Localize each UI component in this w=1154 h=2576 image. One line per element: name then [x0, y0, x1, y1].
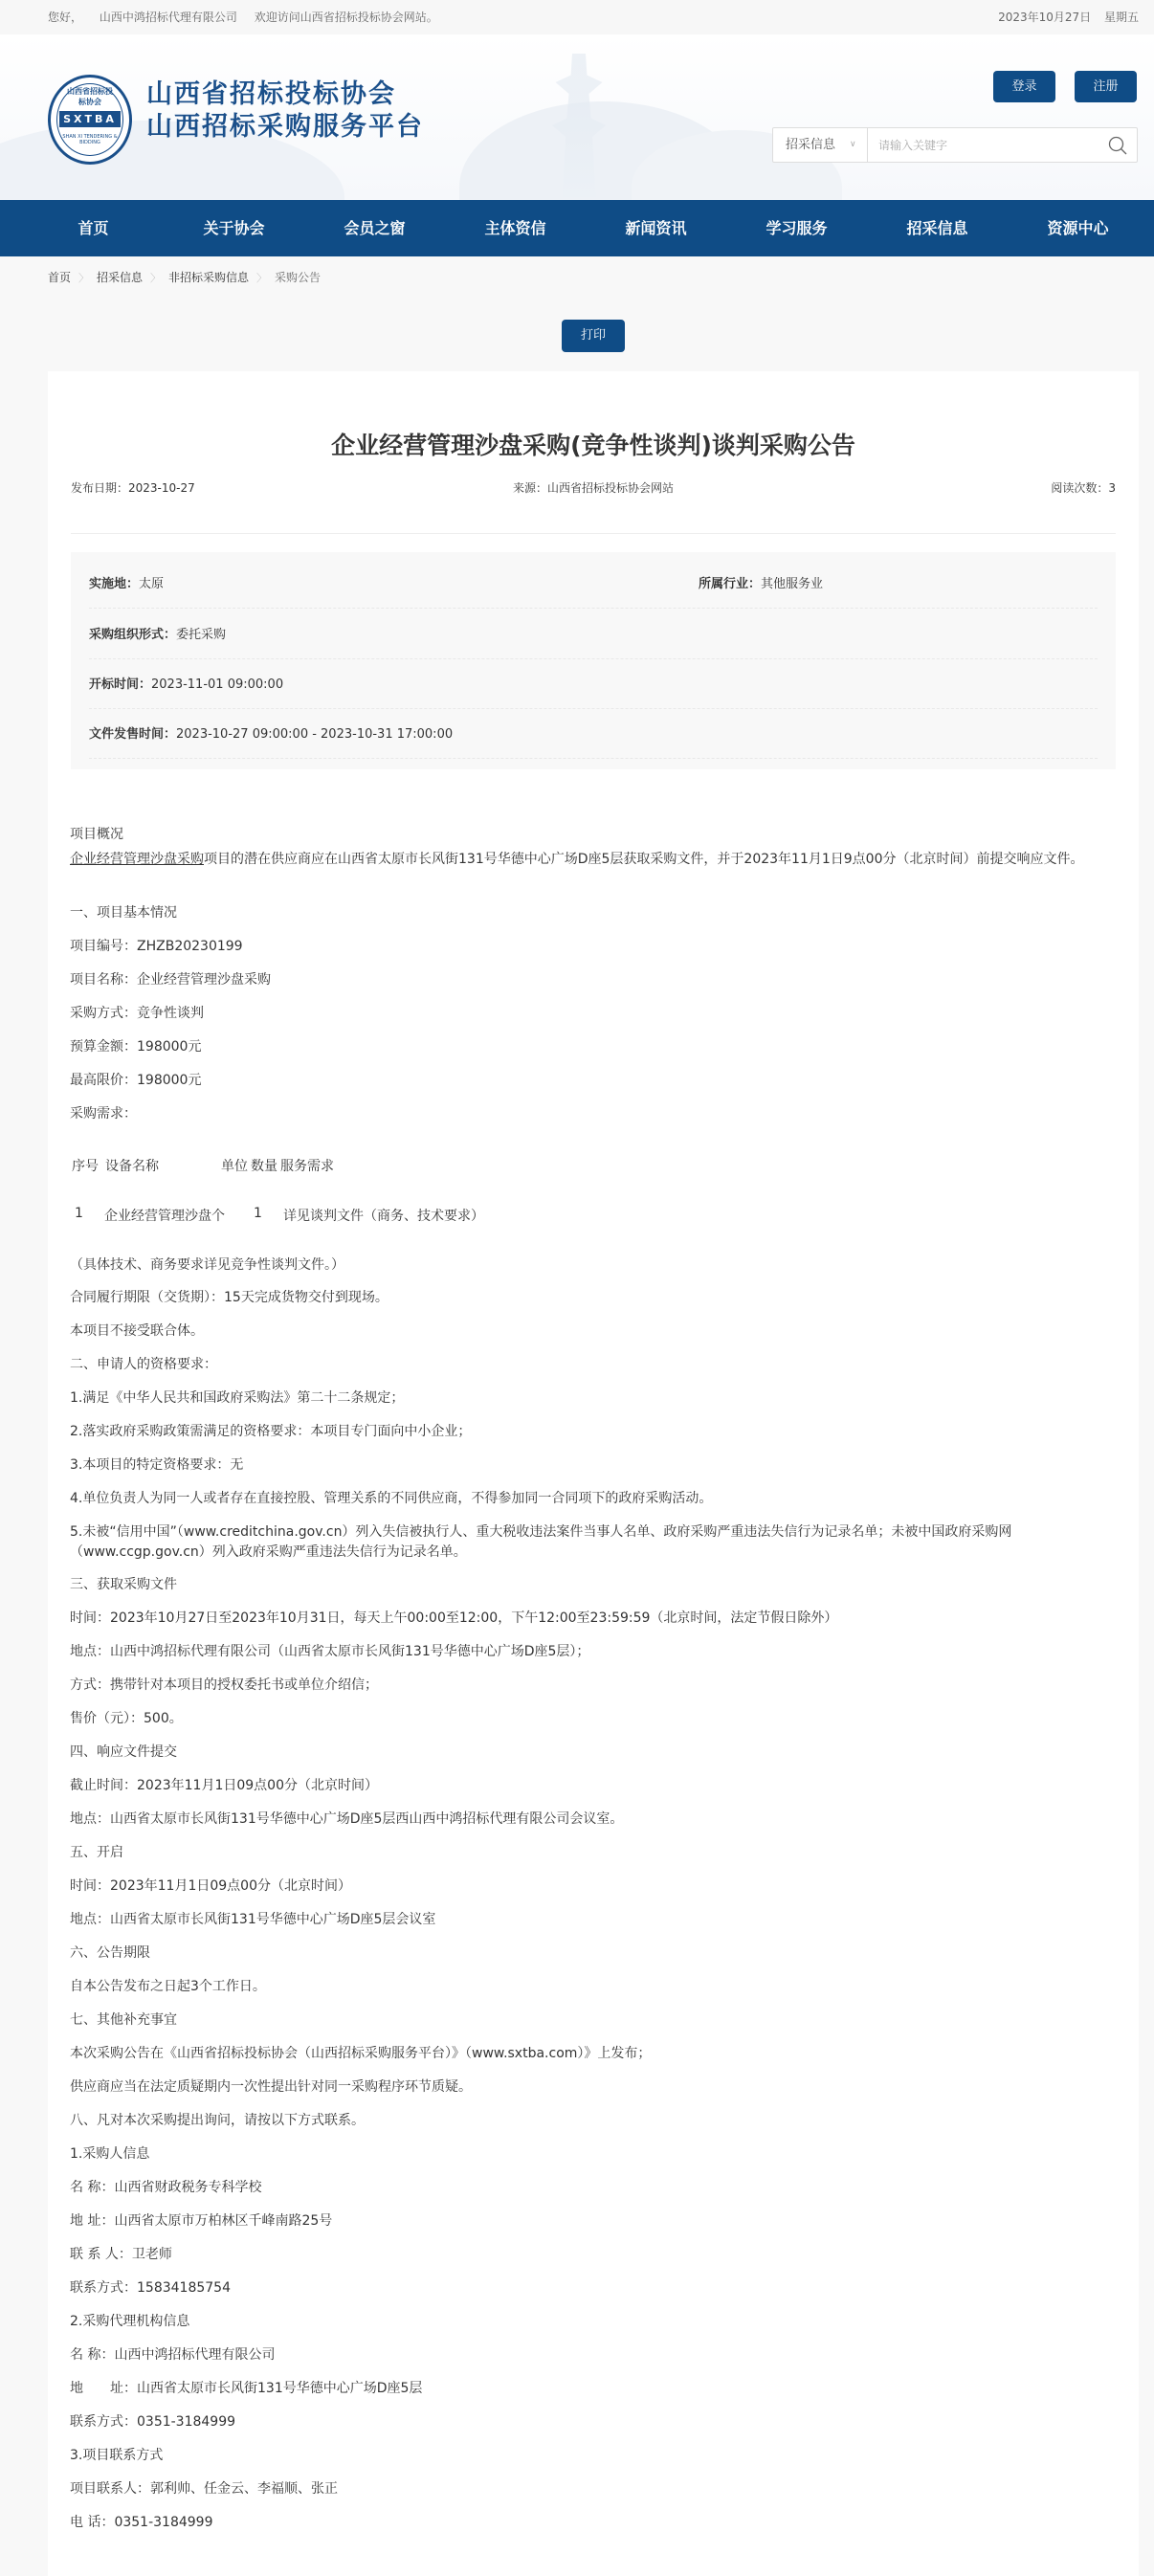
- org-form-value: 委托采购: [176, 628, 226, 642]
- org-form-label: 采购组织形式：: [89, 628, 176, 642]
- table-header-qty: 数量: [251, 1156, 277, 1175]
- section-8-heading: 八、凡对本次采购提出询问，请按以下方式联系。: [70, 2111, 1117, 2131]
- top-bar: 您好， 山西中鸿招标代理有限公司 欢迎访问山西省招标投标协会网站。 2023年1…: [0, 0, 1154, 34]
- publish-note: 本次采购公告在《山西省招标投标协会（山西招标采购服务平台）》（www.sxtba…: [70, 2044, 1117, 2064]
- qualification-2: 2.落实政府采购政策需满足的资格要求：本项目专门面向中小企业；: [70, 1422, 1117, 1442]
- article-source: 来源：山西省招标投标协会网站: [48, 479, 1139, 496]
- article-card: 企业经营管理沙盘采购(竞争性谈判)谈判采购公告 发布日期：2023-10-27 …: [48, 371, 1139, 2576]
- sale-time-value: 2023-10-27 09:00:00 - 2023-10-31 17:00:0…: [176, 727, 453, 742]
- obtain-place: 地点：山西中鸿招标代理有限公司（山西省太原市长风街131号华德中心广场D座5层）…: [70, 1642, 1117, 1662]
- brand-title: 山西省招标投标协会 山西招标采购服务平台: [146, 78, 424, 144]
- chevron-down-icon: ∨: [850, 128, 856, 162]
- date-text: 2023年10月27日: [998, 11, 1091, 24]
- buyer-heading: 1.采购人信息: [70, 2144, 1117, 2165]
- table-cell-unit: 个: [211, 1206, 225, 1225]
- nav-item-learning[interactable]: 学习服务: [726, 200, 867, 256]
- welcome-text: 欢迎访问山西省招标投标协会网站。: [255, 11, 438, 24]
- divider: [71, 533, 1116, 534]
- logo-ring-english: SHAN XI TENDERING & BIDDING: [61, 134, 119, 145]
- search-category-label: 招采信息: [786, 138, 835, 152]
- sale-time-label: 文件发售时间：: [89, 727, 176, 742]
- agent-heading: 2.采购代理机构信息: [70, 2312, 1117, 2332]
- spec-note: （具体技术、商务要求详见竞争性谈判文件。）: [70, 1255, 1117, 1276]
- search-icon[interactable]: [1108, 136, 1127, 155]
- project-name: 项目名称：企业经营管理沙盘采购: [70, 970, 1117, 990]
- project-link[interactable]: 企业经营管理沙盘采购: [70, 852, 204, 867]
- industry-value: 其他服务业: [761, 577, 823, 591]
- overview-paragraph: 企业经营管理沙盘采购项目的潜在供应商应在山西省太原市长风街131号华德中心广场D…: [70, 850, 1117, 870]
- breadcrumb: 首页〉招采信息〉非招标采购信息〉采购公告: [48, 269, 321, 285]
- industry-field: 所属行业：其他服务业: [699, 573, 823, 591]
- table-header-name: 设备名称: [105, 1156, 159, 1175]
- location-value: 太原: [139, 577, 164, 591]
- max-price: 最高限价：198000元: [70, 1071, 1117, 1091]
- nav-item-resources[interactable]: 资源中心: [1008, 200, 1148, 256]
- qualification-3: 3.本项目的特定资格要求：无: [70, 1455, 1117, 1476]
- qualification-1: 1.满足《中华人民共和国政府采购法》第二十二条规定；: [70, 1388, 1117, 1409]
- nav-item-home[interactable]: 首页: [23, 200, 164, 256]
- project-phone: 电 话：0351-3184999: [70, 2513, 1117, 2533]
- breadcrumb-current: 采购公告: [275, 271, 321, 284]
- table-header-seq: 序号: [72, 1156, 99, 1175]
- agent-address: 地 址：山西省太原市长风街131号华德中心广场D座5层: [70, 2379, 1117, 2399]
- demand-label: 采购需求：: [70, 1104, 1117, 1124]
- buyer-phone: 联系方式：15834185754: [70, 2278, 1117, 2298]
- section-5-heading: 五、开启: [70, 1843, 1117, 1863]
- open-time-field: 开标时间：2023-11-01 09:00:00: [89, 674, 283, 692]
- section-3-heading: 三、获取采购文件: [70, 1575, 1117, 1595]
- breadcrumb-home[interactable]: 首页: [48, 271, 71, 284]
- overview-heading: 项目概况: [70, 825, 1117, 845]
- open-time-value: 2023-11-01 09:00:00: [151, 677, 283, 692]
- chevron-right-icon: 〉: [256, 272, 267, 284]
- nav-item-news[interactable]: 新闻资讯: [586, 200, 726, 256]
- buyer-address: 地 址：山西省太原市万柏林区千峰南路25号: [70, 2211, 1117, 2232]
- no-consortium: 本项目不接受联合体。: [70, 1321, 1117, 1342]
- nav-item-procurement[interactable]: 招采信息: [867, 200, 1008, 256]
- notice-period: 自本公告发布之日起3个工作日。: [70, 1977, 1117, 1997]
- section-1-heading: 一、项目基本情况: [70, 903, 1117, 923]
- location-label: 实施地：: [89, 577, 139, 591]
- buyer-contact: 联 系 人：卫老师: [70, 2245, 1117, 2265]
- org-form-field: 采购组织形式：委托采购: [89, 624, 226, 642]
- site-logo[interactable]: 山西省招标投标协会 SXTBA SHAN XI TENDERING & BIDD…: [48, 75, 132, 165]
- overview-text: 项目的潜在供应商应在山西省太原市长风街131号华德中心广场D座5层获取采购文件，…: [204, 852, 1083, 867]
- nav-item-members[interactable]: 会员之窗: [304, 200, 445, 256]
- breadcrumb-procurement-info[interactable]: 招采信息: [97, 271, 143, 284]
- info-row: 实施地：太原 所属行业：其他服务业: [89, 559, 1098, 609]
- current-date: 2023年10月27日 星期五: [988, 9, 1139, 25]
- table-cell-qty: 1: [254, 1206, 262, 1221]
- info-row: 采购组织形式：委托采购: [89, 610, 1098, 659]
- location-field: 实施地：太原: [89, 573, 164, 591]
- submit-deadline: 截止时间：2023年11月1日09点00分（北京时间）: [70, 1776, 1117, 1796]
- industry-label: 所属行业：: [699, 577, 761, 591]
- logo-abbreviation: SXTBA: [59, 111, 121, 127]
- site-header: 山西省招标投标协会 SXTBA SHAN XI TENDERING & BIDD…: [0, 34, 1154, 200]
- project-number: 项目编号：ZHZB20230199: [70, 937, 1117, 957]
- contract-period: 合同履行期限（交货期）：15天完成货物交付到现场。: [70, 1288, 1117, 1308]
- info-row: 开标时间：2023-11-01 09:00:00: [89, 659, 1098, 709]
- obtain-time: 时间：2023年10月27日至2023年10月31日，每天上午00:00至12:…: [70, 1609, 1117, 1629]
- obtain-method: 方式：携带针对本项目的授权委托书或单位介绍信；: [70, 1676, 1117, 1696]
- buyer-name: 名 称：山西省财政税务专科学校: [70, 2178, 1117, 2198]
- breadcrumb-non-tender[interactable]: 非招标采购信息: [168, 271, 249, 284]
- section-2-heading: 二、申请人的资格要求：: [70, 1355, 1117, 1375]
- table-header-unit: 单位: [221, 1156, 248, 1175]
- section-6-heading: 六、公告期限: [70, 1943, 1117, 1964]
- nav-item-credit[interactable]: 主体资信: [445, 200, 586, 256]
- table-cell-service: 详见谈判文件（商务、技术要求）: [283, 1206, 484, 1225]
- opening-place: 地点：山西省太原市长风街131号华德中心广场D座5层会议室: [70, 1910, 1117, 1930]
- qualification-4: 4.单位负责人为同一人或者存在直接控股、管理关系的不同供应商，不得参加同一合同项…: [70, 1489, 1117, 1509]
- project-contact-heading: 3.项目联系方式: [70, 2446, 1117, 2466]
- search-bar: 招采信息 ∨: [772, 127, 1138, 163]
- chevron-right-icon: 〉: [78, 272, 89, 284]
- search-input[interactable]: [878, 128, 1089, 162]
- challenge-note: 供应商应当在法定质疑期内一次性提出针对同一采购程序环节质疑。: [70, 2077, 1117, 2098]
- brand-line-2: 山西招标采购服务平台: [146, 111, 424, 144]
- sale-time-field: 文件发售时间：2023-10-27 09:00:00 - 2023-10-31 …: [89, 723, 453, 742]
- greeting-text: 您好，: [48, 11, 82, 24]
- table-cell-seq: 1: [75, 1206, 83, 1221]
- section-7-heading: 七、其他补充事宜: [70, 2010, 1117, 2031]
- procurement-method: 采购方式：竞争性谈判: [70, 1004, 1117, 1024]
- chevron-right-icon: 〉: [150, 272, 161, 284]
- nav-item-about[interactable]: 关于协会: [164, 200, 304, 256]
- agent-name: 名 称：山西中鸿招标代理有限公司: [70, 2345, 1117, 2365]
- read-count: 阅读次数：3: [1051, 479, 1116, 496]
- search-category-select[interactable]: 招采信息 ∨: [773, 128, 868, 162]
- greeting: 您好， 山西中鸿招标代理有限公司 欢迎访问山西省招标投标协会网站。: [48, 9, 452, 25]
- info-box: 实施地：太原 所属行业：其他服务业 采购组织形式：委托采购 开标时间：2023-…: [71, 552, 1116, 769]
- document-price: 售价（元）：500。: [70, 1709, 1117, 1729]
- open-time-label: 开标时间：: [89, 677, 151, 692]
- main-nav: 首页 关于协会 会员之窗 主体资信 新闻资讯 学习服务 招采信息 资源中心: [0, 200, 1154, 256]
- section-4-heading: 四、响应文件提交: [70, 1743, 1117, 1763]
- budget-amount: 预算金额：198000元: [70, 1037, 1117, 1057]
- company-name: 山西中鸿招标代理有限公司: [100, 11, 237, 24]
- table-header-service: 服务需求: [280, 1156, 334, 1175]
- weekday-text: 星期五: [1104, 11, 1139, 24]
- table-cell-name: 企业经营管理沙盘: [104, 1206, 211, 1225]
- opening-time: 时间：2023年11月1日09点00分（北京时间）: [70, 1876, 1117, 1897]
- brand-line-1: 山西省招标投标协会: [146, 78, 424, 111]
- article-title: 企业经营管理沙盘采购(竞争性谈判)谈判采购公告: [48, 427, 1139, 461]
- info-row: 文件发售时间：2023-10-27 09:00:00 - 2023-10-31 …: [89, 709, 1098, 759]
- project-contacts: 项目联系人：郭利帅、任金云、李福顺、张正: [70, 2479, 1117, 2499]
- agent-phone: 联系方式：0351-3184999: [70, 2412, 1117, 2432]
- submit-place: 地点：山西省太原市长风街131号华德中心广场D座5层西山西中鸿招标代理有限公司会…: [70, 1810, 1117, 1830]
- print-button[interactable]: 打印: [562, 320, 625, 352]
- login-button[interactable]: 登录: [993, 71, 1055, 102]
- qualification-5: 5.未被“信用中国”（www.creditchina.gov.cn）列入失信被执…: [70, 1522, 1117, 1563]
- register-button[interactable]: 注册: [1075, 71, 1137, 102]
- logo-ring-text: 山西省招标投标协会: [65, 86, 115, 107]
